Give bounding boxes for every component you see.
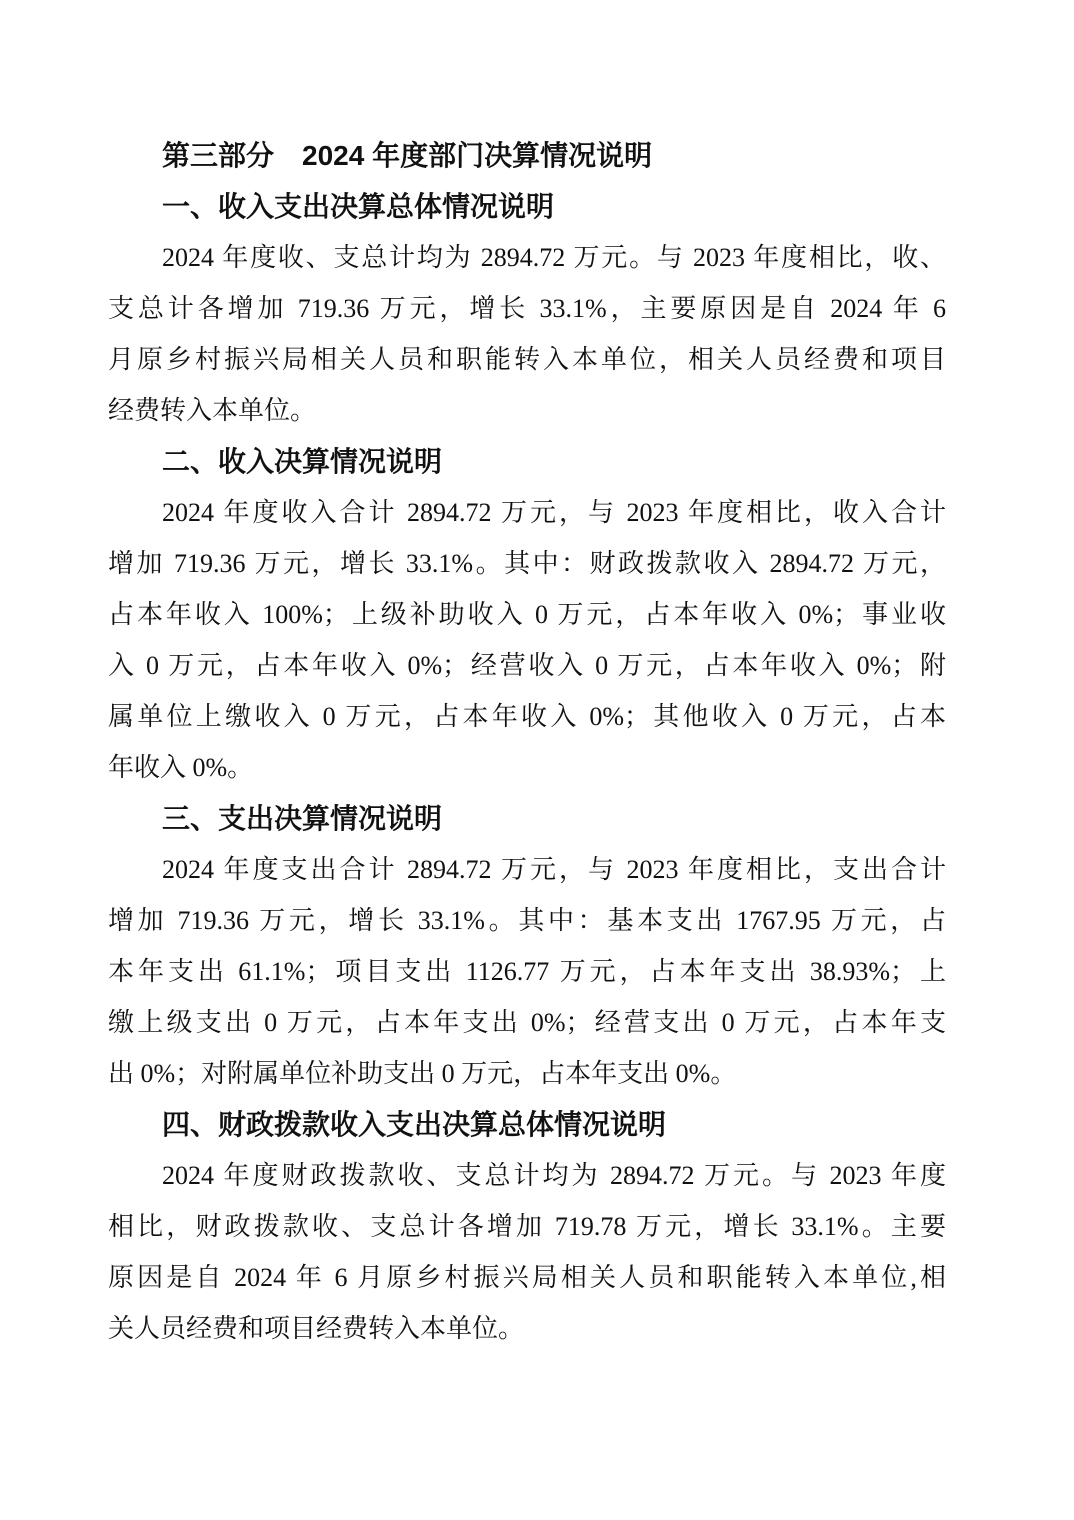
section-1-paragraph-line: 支总计各增加 719.36 万元，增长 33.1%，主要原因是自 2024 年 … <box>108 283 946 334</box>
section-2-paragraph-line: 年收入 0%。 <box>108 742 946 793</box>
section-3-paragraph-line: 缴上级支出 0 万元，占本年支出 0%；经营支出 0 万元，占本年支 <box>108 997 946 1048</box>
section-3-heading: 三、支出决算情况说明 <box>108 793 946 844</box>
section-3-paragraph-line: 增加 719.36 万元，增长 33.1%。其中：基本支出 1767.95 万元… <box>108 895 946 946</box>
section-4-paragraph-line: 原因是自 2024 年 6 月原乡村振兴局相关人员和职能转入本单位,相 <box>108 1252 946 1303</box>
section-2-paragraph-line: 增加 719.36 万元，增长 33.1%。其中：财政拨款收入 2894.72 … <box>108 538 946 589</box>
section-1-paragraph-line: 月原乡村振兴局相关人员和职能转入本单位，相关人员经费和项目 <box>108 334 946 385</box>
section-2-paragraph-line: 属单位上缴收入 0 万元，占本年收入 0%；其他收入 0 万元，占本 <box>108 691 946 742</box>
section-2-paragraph-line: 2024 年度收入合计 2894.72 万元，与 2023 年度相比，收入合计 <box>108 487 946 538</box>
section-4-paragraph-line: 关人员经费和项目经费转入本单位。 <box>108 1303 946 1354</box>
section-1-paragraph-line: 经费转入本单位。 <box>108 385 946 436</box>
section-4-paragraph-line: 相比，财政拨款收、支总计各增加 719.78 万元，增长 33.1%。主要 <box>108 1201 946 1252</box>
section-2-heading: 二、收入决算情况说明 <box>108 436 946 487</box>
chapter-heading: 第三部分 2024 年度部门决算情况说明 <box>108 130 946 181</box>
document-page: 第三部分 2024 年度部门决算情况说明 一、收入支出决算总体情况说明 2024… <box>0 0 1074 1520</box>
section-3-paragraph-line: 出 0%；对附属单位补助支出 0 万元，占本年支出 0%。 <box>108 1048 946 1099</box>
section-4-heading: 四、财政拨款收入支出决算总体情况说明 <box>108 1099 946 1150</box>
section-1-heading: 一、收入支出决算总体情况说明 <box>108 181 946 232</box>
document-content: 第三部分 2024 年度部门决算情况说明 一、收入支出决算总体情况说明 2024… <box>108 130 946 1354</box>
section-2-paragraph-line: 入 0 万元，占本年收入 0%；经营收入 0 万元，占本年收入 0%；附 <box>108 640 946 691</box>
section-3-paragraph-line: 2024 年度支出合计 2894.72 万元，与 2023 年度相比，支出合计 <box>108 844 946 895</box>
section-2-paragraph-line: 占本年收入 100%；上级补助收入 0 万元，占本年收入 0%；事业收 <box>108 589 946 640</box>
section-1-paragraph-line: 2024 年度收、支总计均为 2894.72 万元。与 2023 年度相比，收、 <box>108 232 946 283</box>
section-3-paragraph-line: 本年支出 61.1%；项目支出 1126.77 万元，占本年支出 38.93%；… <box>108 946 946 997</box>
section-4-paragraph-line: 2024 年度财政拨款收、支总计均为 2894.72 万元。与 2023 年度 <box>108 1150 946 1201</box>
